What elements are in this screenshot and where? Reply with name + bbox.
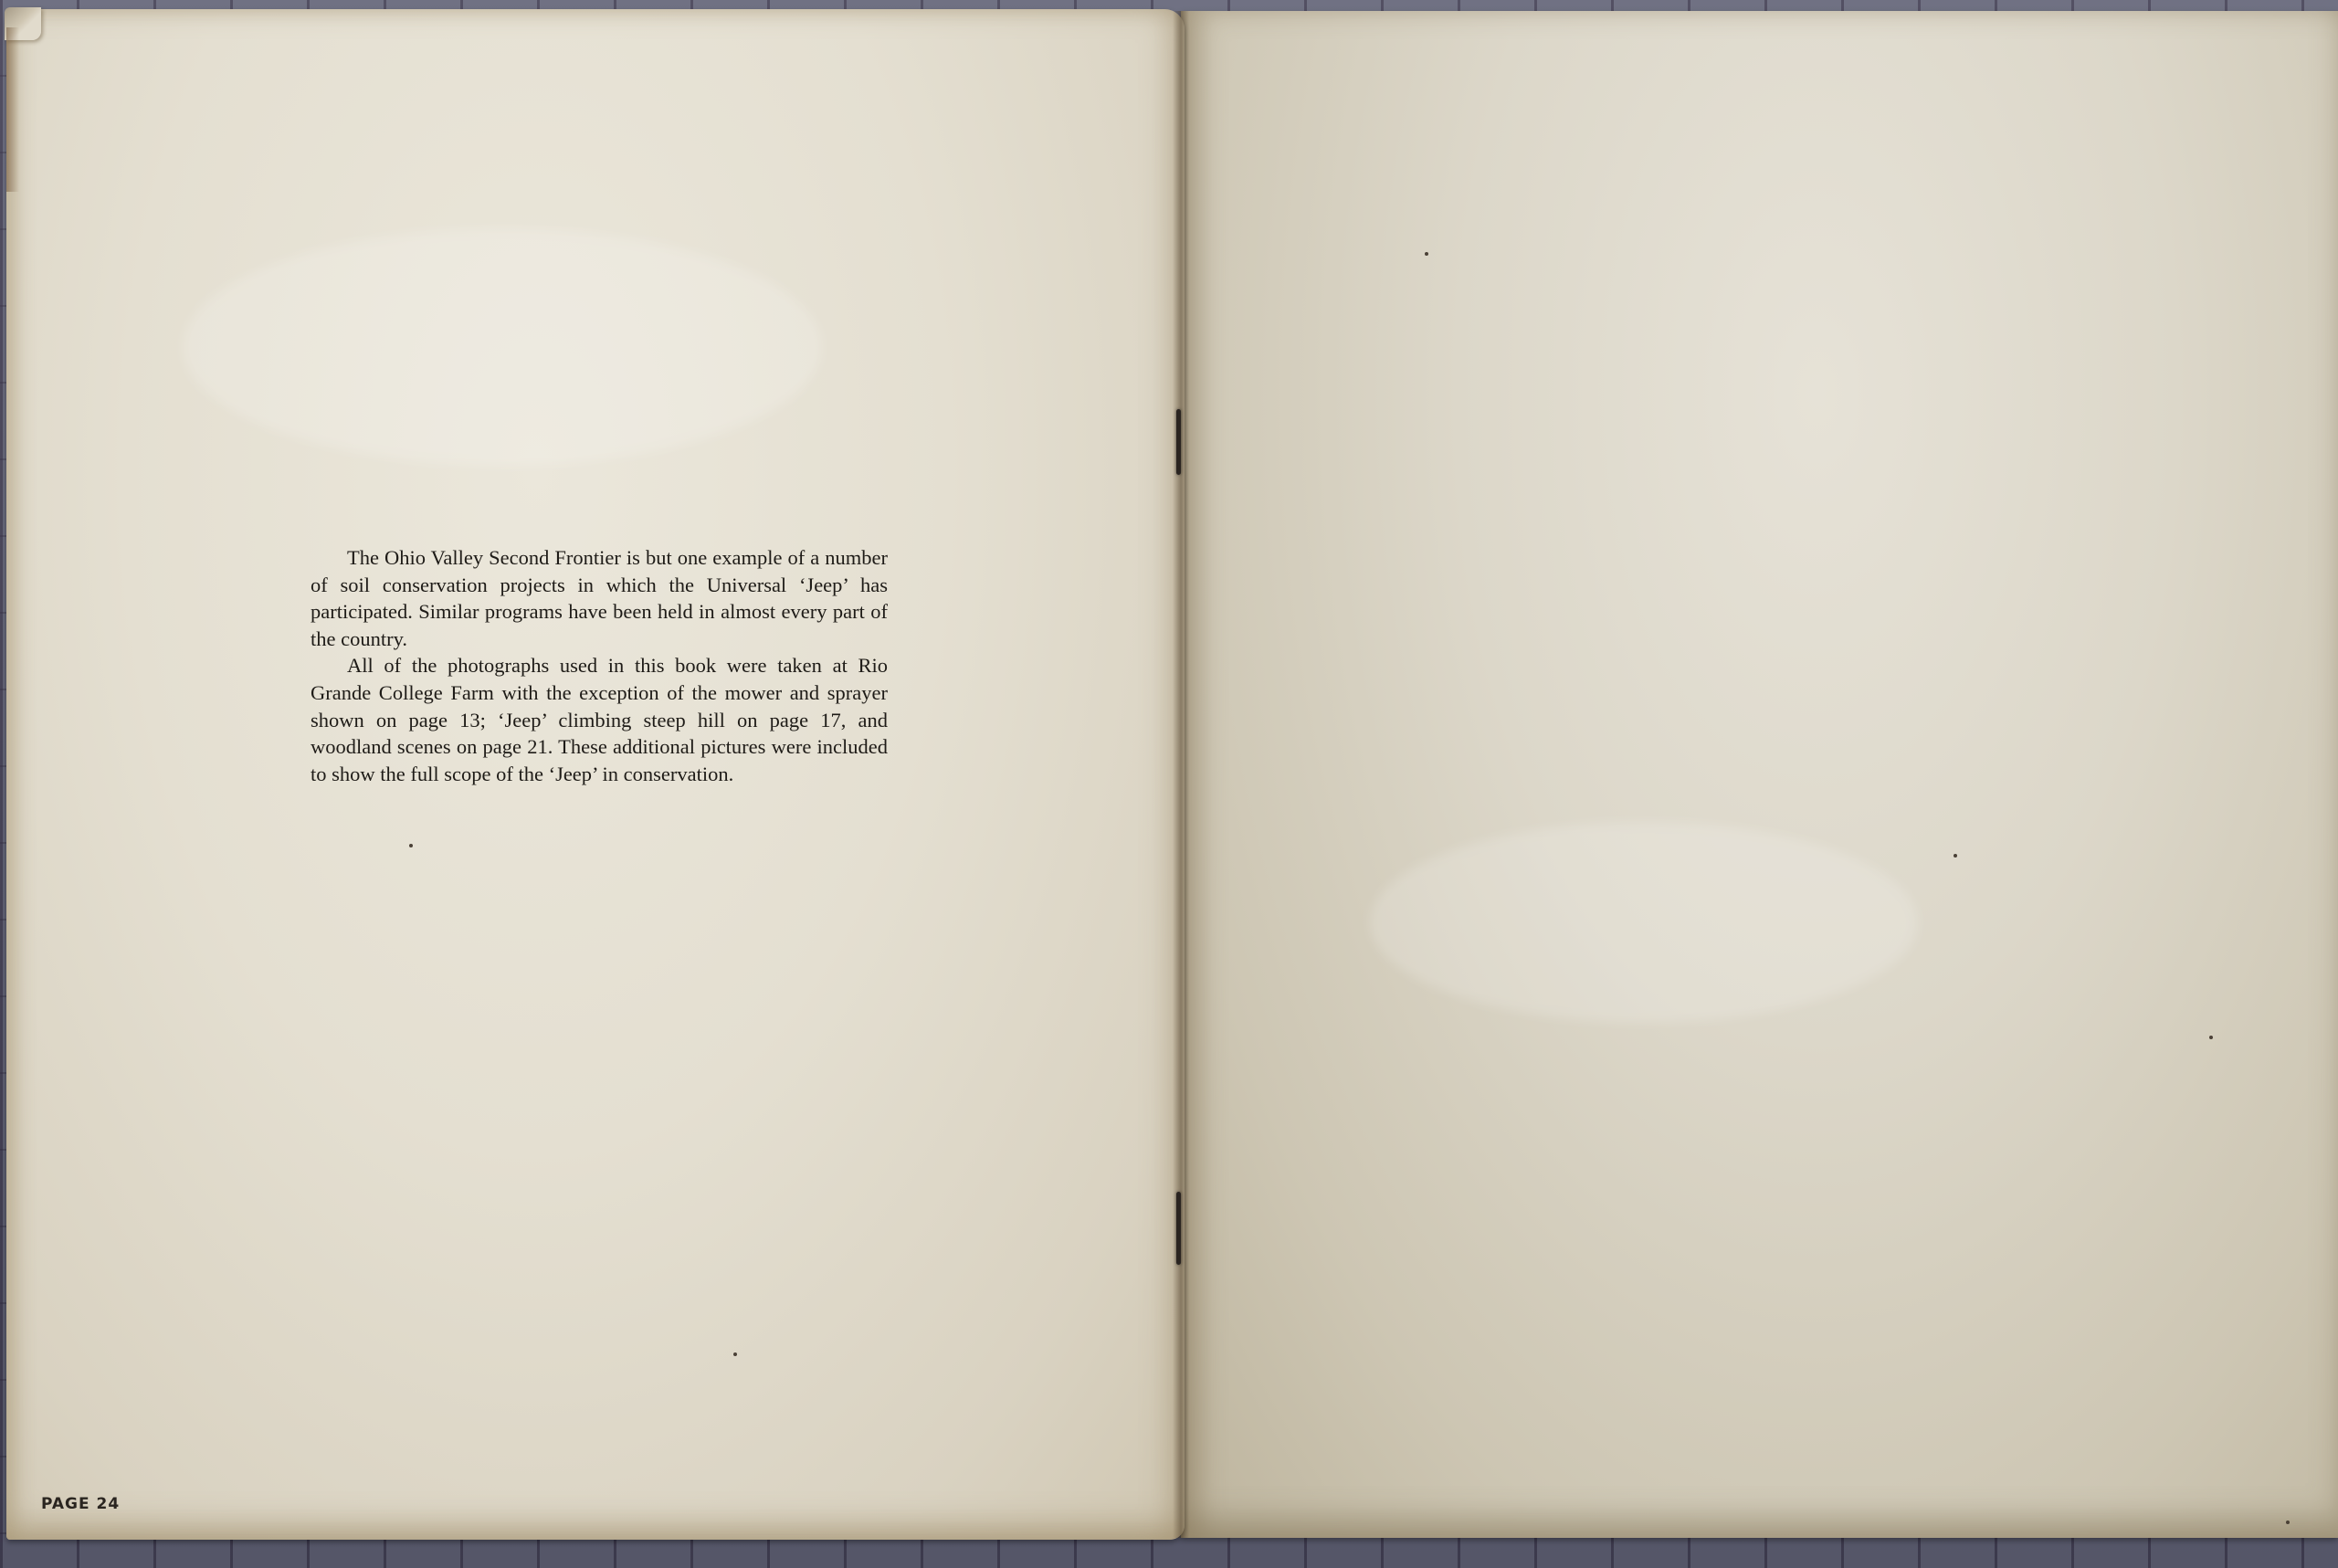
body-text-block: The Ohio Valley Second Frontier is but o…	[311, 544, 888, 787]
paper-highlight	[183, 228, 822, 466]
paper-speck	[1425, 252, 1428, 256]
paper-speck	[2286, 1521, 2290, 1524]
paper-highlight	[1370, 822, 1918, 1023]
paragraph-2: All of the photographs used in this book…	[311, 652, 888, 787]
staple-bottom	[1176, 1192, 1181, 1265]
staple-top	[1176, 409, 1181, 475]
paper-speck	[1954, 854, 1957, 858]
paper-speck	[2209, 1036, 2213, 1039]
paper-speck	[409, 844, 413, 847]
right-page	[1181, 11, 2338, 1538]
paragraph-1: The Ohio Valley Second Frontier is but o…	[311, 544, 888, 652]
page-number-label: PAGE 24	[41, 1495, 120, 1513]
edge-stain	[6, 27, 19, 192]
paper-speck	[733, 1352, 737, 1356]
book-spine	[1173, 11, 1189, 1538]
